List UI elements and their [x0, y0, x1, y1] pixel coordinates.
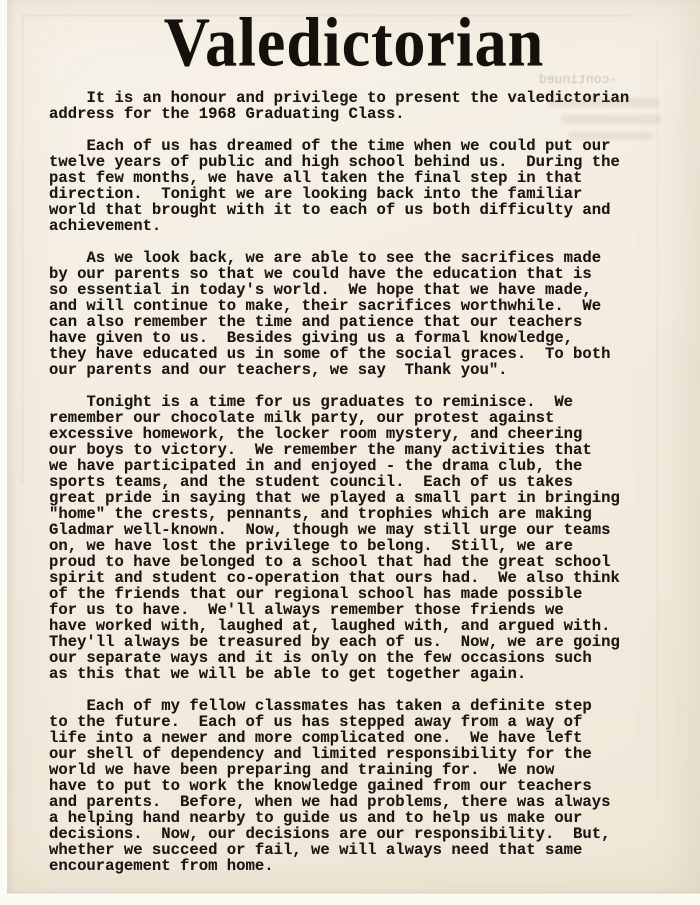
- scanned-yearbook-page: -continued Valedictorian It is an honour…: [0, 0, 700, 905]
- bleed-through-smudge: [549, 98, 659, 107]
- valedictorian-address-text: It is an honour and privilege to present…: [49, 90, 655, 874]
- paragraph-5: Each of my fellow classmates has taken a…: [49, 698, 655, 874]
- paragraph-4: Tonight is a time for us graduates to re…: [49, 394, 655, 682]
- bleed-through-smudge: [561, 115, 661, 124]
- paper-surface: -continued Valedictorian It is an honour…: [7, 0, 700, 894]
- paper-crease-line: [657, 40, 658, 800]
- paragraph-3: As we look back, we are able to see the …: [49, 250, 655, 378]
- paragraph-2: Each of us has dreamed of the time when …: [49, 138, 655, 234]
- document-title: Valedictorian: [8, 8, 700, 76]
- bleed-through-frame-line-vertical: [22, 15, 23, 485]
- bleed-through-smudge: [568, 132, 653, 140]
